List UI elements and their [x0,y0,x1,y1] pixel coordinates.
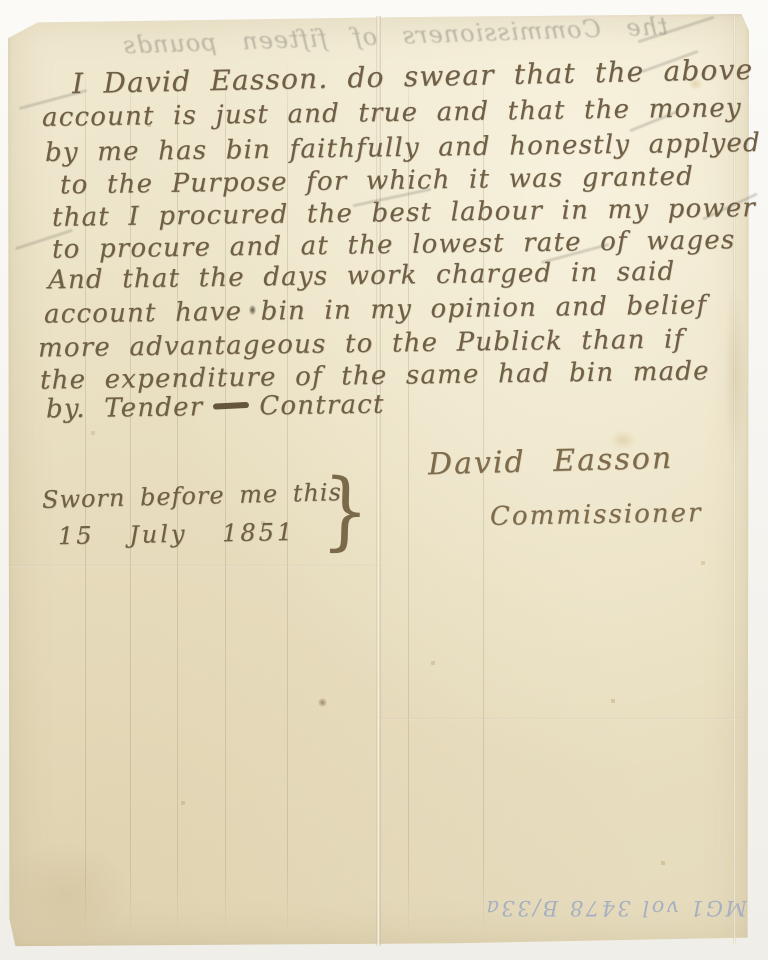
paper-stain [318,698,327,707]
fold-crease [10,565,380,567]
final-line-prefix: by. [46,394,86,425]
affidavit-line-final: by. TenderContract [46,390,385,425]
attestation-brace: } [321,461,372,562]
signature-name: David Easson [428,441,674,482]
attestation-date: 15 July 1851 [58,518,296,550]
strikethrough-mark [213,402,249,410]
final-line-word-contract: Contract [259,390,385,422]
paper-stain [0,840,130,950]
fold-crease [380,718,740,720]
paper-speckles [0,0,2,2]
archive-reference: MG1 vol 3478 B/33a [497,896,747,920]
signature-title: Commissioner [490,498,703,532]
paper-stain [724,290,746,460]
scanned-document: the Commissioners of fifteen pounds I Da… [0,0,768,960]
final-line-word-tender: Tender [104,392,204,423]
